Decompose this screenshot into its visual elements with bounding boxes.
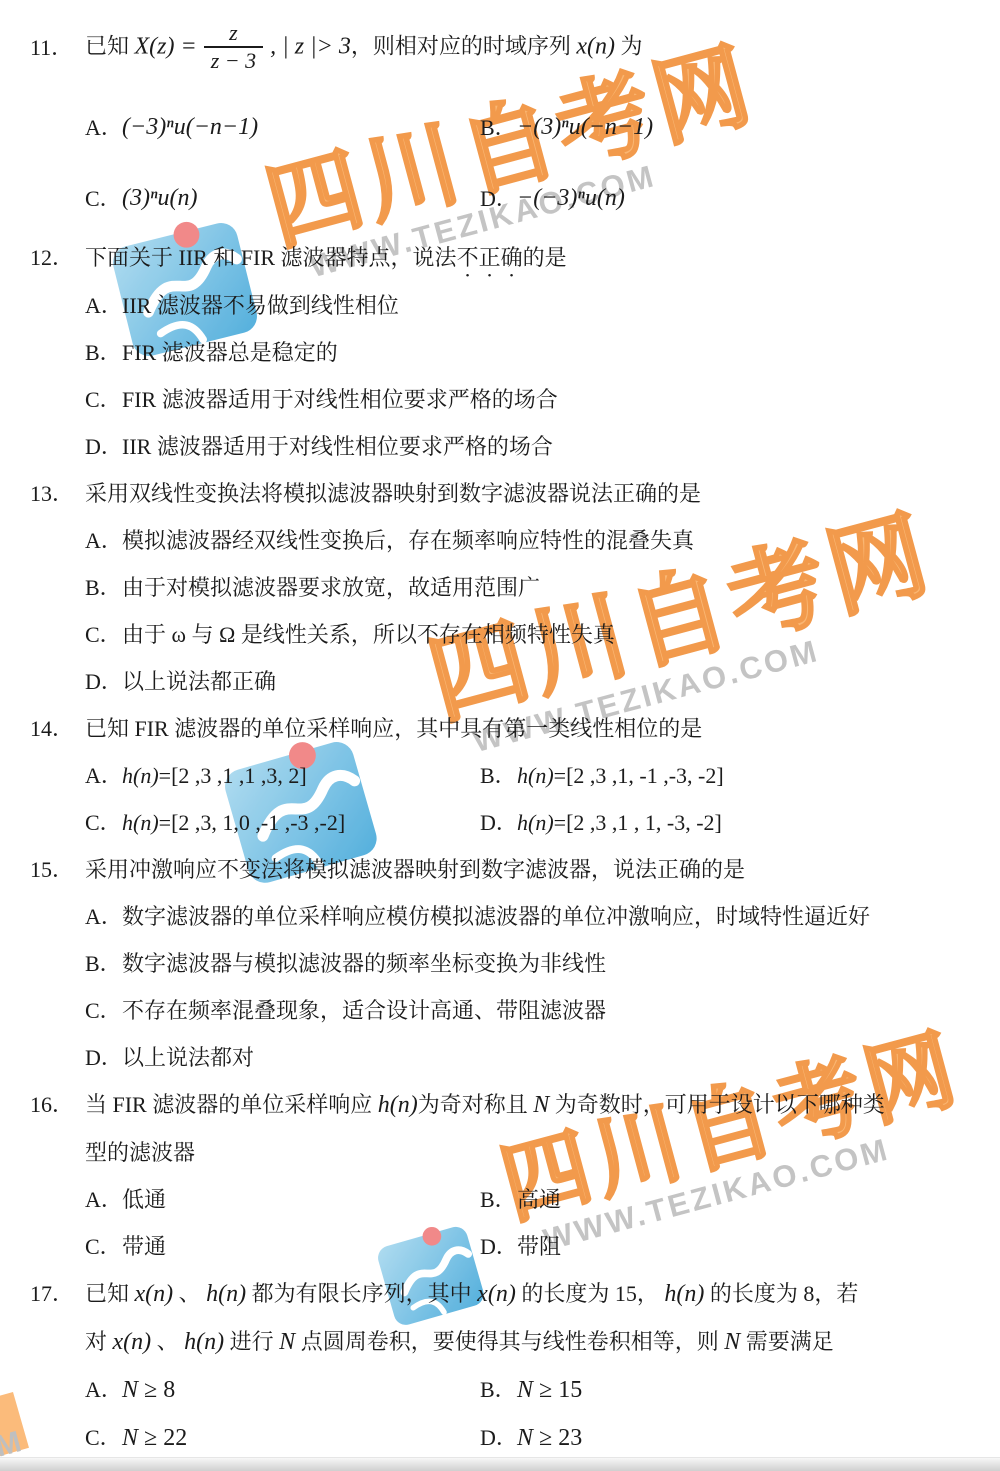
option-label: C． (85, 175, 122, 222)
option-text: 由于 ω 与 Ω 是线性关系，所以不存在相频特性失真 (122, 611, 615, 658)
stem-text: 采用双线性变换法将模拟滤波器映射到数字滤波器说法正确的是 (85, 481, 701, 506)
question-13-options: A．模拟滤波器经双线性变换后，存在频率响应特性的混叠失真 B．由于对模拟滤波器要… (85, 517, 974, 705)
math-expression: X(z) = (135, 33, 197, 59)
option-label: C． (85, 1414, 122, 1461)
question-12-stem: 12． 下面关于 IIR 和 FIR 滤波器特点，说法不正确的是 (30, 234, 974, 282)
option-13-B: B．由于对模拟滤波器要求放宽，故适用范围广 (85, 564, 974, 611)
math-expression: N (724, 1329, 740, 1355)
question-14: 14． 已知 FIR 滤波器的单位采样响应，其中具有第一类线性相位的是 A．h(… (30, 705, 974, 846)
option-text: −(3)ⁿu(−n−1) (517, 104, 653, 151)
option-12-B: B．FIR 滤波器总是稳定的 (85, 329, 974, 376)
option-label: A． (85, 282, 122, 329)
option-11-D: D．−(−3)ⁿu(n) (480, 163, 974, 234)
option-14-A: A．h(n)=[2 ,3 ,1 ,1 ,3, 2] (85, 752, 480, 799)
question-number: 11． (30, 34, 85, 63)
option-text: N ≥ 8 (122, 1366, 175, 1414)
question-15-options: A．数字滤波器的单位采样响应模仿模拟滤波器的单位冲激响应，时域特性逼近好 B．数… (85, 893, 974, 1081)
option-label: C． (85, 987, 122, 1034)
option-text: 低通 (122, 1176, 166, 1223)
stem-text: 下面关于 IIR 和 FIR 滤波器特点，说法 (85, 245, 457, 270)
question-17-stem: 17． 已知 x(n) 、 h(n) 都为有限长序列，其中 x(n) 的长度为 … (30, 1270, 974, 1366)
option-text: 由于对模拟滤波器要求放宽，故适用范围广 (122, 564, 540, 611)
option-text: −(−3)ⁿu(n) (517, 175, 625, 222)
option-16-A: A．低通 (85, 1176, 480, 1223)
math-expression: N (279, 1329, 295, 1355)
option-15-A: A．数字滤波器的单位采样响应模仿模拟滤波器的单位冲激响应，时域特性逼近好 (85, 893, 974, 940)
option-text: N ≥ 23 (517, 1414, 582, 1462)
option-label: A． (85, 893, 122, 940)
option-14-D: D．h(n)=[2 ,3 ,1 , 1, -3, -2] (480, 799, 974, 846)
option-label: A． (85, 752, 122, 799)
option-label: B． (85, 940, 122, 987)
option-label: D． (85, 423, 122, 470)
question-11-options: A．(−3)ⁿu(−n−1) B．−(3)ⁿu(−n−1) C．(3)ⁿu(n)… (85, 92, 974, 234)
option-12-C: C．FIR 滤波器适用于对线性相位要求严格的场合 (85, 376, 974, 423)
question-number: 13． (30, 470, 85, 517)
option-17-C: C．N ≥ 22 (85, 1414, 480, 1462)
option-16-D: D．带阻 (480, 1223, 974, 1270)
option-text: h(n)=[2 ,3 ,1, -1 ,-3, -2] (517, 752, 724, 799)
option-text: 以上说法都对 (122, 1034, 254, 1081)
option-13-A: A．模拟滤波器经双线性变换后，存在频率响应特性的混叠失真 (85, 517, 974, 564)
option-14-B: B．h(n)=[2 ,3 ,1, -1 ,-3, -2] (480, 752, 974, 799)
option-label: D． (480, 1414, 517, 1461)
option-label: A． (85, 104, 122, 151)
stem-line-1: 已知 x(n) 、 h(n) 都为有限长序列，其中 x(n) 的长度为 15， … (85, 1270, 974, 1318)
fraction-numerator: z (204, 20, 263, 46)
question-16: 16． 当 FIR 滤波器的单位采样响应 h(n)为奇对称且 N 为奇数时，可用… (30, 1081, 974, 1270)
exam-page: 11． 已知 X(z) =zz − 3, | z |> 3，则相对应的时域序列 … (0, 0, 1000, 1462)
stem-line-2: 对 x(n) 、 h(n) 进行 N 点圆周卷积，要使得其与线性卷积相等，则 N… (85, 1318, 974, 1366)
option-15-C: C．不存在频率混叠现象，适合设计高通、带阻滤波器 (85, 987, 974, 1034)
option-label: B． (480, 1176, 517, 1223)
question-14-options: A．h(n)=[2 ,3 ,1 ,1 ,3, 2] B．h(n)=[2 ,3 ,… (85, 752, 974, 846)
math-expression: h(n) (664, 1281, 704, 1307)
option-15-D: D．以上说法都对 (85, 1034, 974, 1081)
option-label: D． (85, 658, 122, 705)
stem-text: 的是 (523, 245, 567, 270)
option-text: (3)ⁿu(n) (122, 175, 198, 222)
option-text: IIR 滤波器不易做到线性相位 (122, 282, 399, 329)
question-12-options: A．IIR 滤波器不易做到线性相位 B．FIR 滤波器总是稳定的 C．FIR 滤… (85, 282, 974, 470)
option-text: h(n)=[2 ,3 ,1 , 1, -3, -2] (517, 799, 722, 846)
option-text: 数字滤波器与模拟滤波器的频率坐标变换为非线性 (122, 940, 606, 987)
question-number: 16． (30, 1081, 85, 1176)
question-number: 14． (30, 705, 85, 752)
option-label: C． (85, 611, 122, 658)
question-11: 11． 已知 X(z) =zz − 3, | z |> 3，则相对应的时域序列 … (30, 4, 974, 234)
option-label: B． (480, 1366, 517, 1413)
option-11-A: A．(−3)ⁿu(−n−1) (85, 92, 480, 163)
option-17-D: D．N ≥ 23 (480, 1414, 974, 1462)
option-label: C． (85, 1223, 122, 1270)
stem-text: 已知 (85, 33, 135, 58)
stem-line-1: 当 FIR 滤波器的单位采样响应 h(n)为奇对称且 N 为奇数时，可用于设计以… (85, 1081, 974, 1129)
option-label: D． (480, 1223, 517, 1270)
option-text: 带阻 (517, 1223, 561, 1270)
math-expression: x(n) (113, 1329, 152, 1355)
math-expression: h(n) (206, 1281, 246, 1307)
fraction: zz − 3 (204, 20, 263, 75)
option-label: A． (85, 1366, 122, 1413)
page-bottom-edge (0, 1457, 1000, 1471)
option-label: B． (85, 329, 122, 376)
option-text: 不存在频率混叠现象，适合设计高通、带阻滤波器 (122, 987, 606, 1034)
question-number: 17． (30, 1270, 85, 1366)
question-16-options: A．低通 B．高通 C．带通 D．带阻 (85, 1176, 974, 1270)
option-text: h(n)=[2 ,3 ,1 ,1 ,3, 2] (122, 752, 307, 799)
option-16-C: C．带通 (85, 1223, 480, 1270)
option-text: N ≥ 22 (122, 1414, 187, 1462)
stem-line-2: 型的滤波器 (85, 1129, 974, 1176)
option-text: IIR 滤波器适用于对线性相位要求严格的场合 (122, 423, 553, 470)
option-label: D． (480, 175, 517, 222)
question-13: 13． 采用双线性变换法将模拟滤波器映射到数字滤波器说法正确的是 A．模拟滤波器… (30, 470, 974, 705)
question-17-options: A．N ≥ 8 B．N ≥ 15 C．N ≥ 22 D．N ≥ 23 (85, 1366, 974, 1462)
math-expression: N (533, 1092, 549, 1118)
option-text: N ≥ 15 (517, 1366, 582, 1414)
option-16-B: B．高通 (480, 1176, 974, 1223)
question-number: 15． (30, 846, 85, 893)
option-label: D． (480, 799, 517, 846)
fraction-denominator: z − 3 (204, 46, 263, 74)
question-15: 15． 采用冲激响应不变法将模拟滤波器映射到数字滤波器，说法正确的是 A．数字滤… (30, 846, 974, 1081)
math-expression: h(n) (378, 1092, 418, 1118)
question-14-stem: 14． 已知 FIR 滤波器的单位采样响应，其中具有第一类线性相位的是 (30, 705, 974, 752)
option-label: A． (85, 1176, 122, 1223)
option-label: A． (85, 517, 122, 564)
option-text: 以上说法都正确 (122, 658, 276, 705)
option-17-A: A．N ≥ 8 (85, 1366, 480, 1414)
option-label: B． (480, 752, 517, 799)
option-label: D． (85, 1034, 122, 1081)
emphasized-text: 不正确 (457, 245, 523, 270)
stem-text: 已知 FIR 滤波器的单位采样响应，其中具有第一类线性相位的是 (85, 716, 702, 741)
question-16-stem: 16． 当 FIR 滤波器的单位采样响应 h(n)为奇对称且 N 为奇数时，可用… (30, 1081, 974, 1176)
option-text: 高通 (517, 1176, 561, 1223)
option-text: 带通 (122, 1223, 166, 1270)
option-text: h(n)=[2 ,3, 1,0 ,-1 ,-3 ,-2] (122, 799, 345, 846)
option-text: (−3)ⁿu(−n−1) (122, 104, 258, 151)
option-text: FIR 滤波器总是稳定的 (122, 329, 338, 376)
stem-text: 为 (615, 33, 643, 58)
option-13-D: D．以上说法都正确 (85, 658, 974, 705)
question-number: 12． (30, 234, 85, 282)
option-text: FIR 滤波器适用于对线性相位要求严格的场合 (122, 376, 558, 423)
math-expression: x(n) (576, 33, 615, 59)
option-text: 数字滤波器的单位采样响应模仿模拟滤波器的单位冲激响应，时域特性逼近好 (122, 893, 870, 940)
math-expression: x(n) (477, 1281, 516, 1307)
stem-text: ，则相对应的时域序列 (351, 33, 577, 58)
option-label: B． (85, 564, 122, 611)
option-14-C: C．h(n)=[2 ,3, 1,0 ,-1 ,-3 ,-2] (85, 799, 480, 846)
option-11-C: C．(3)ⁿu(n) (85, 163, 480, 234)
question-12: 12． 下面关于 IIR 和 FIR 滤波器特点，说法不正确的是 A．IIR 滤… (30, 234, 974, 470)
stem-text: 采用冲激响应不变法将模拟滤波器映射到数字滤波器，说法正确的是 (85, 857, 745, 882)
option-label: C． (85, 376, 122, 423)
option-12-D: D．IIR 滤波器适用于对线性相位要求严格的场合 (85, 423, 974, 470)
question-17: 17． 已知 x(n) 、 h(n) 都为有限长序列，其中 x(n) 的长度为 … (30, 1270, 974, 1462)
question-11-stem: 11． 已知 X(z) =zz − 3, | z |> 3，则相对应的时域序列 … (30, 4, 974, 92)
option-text: 模拟滤波器经双线性变换后，存在频率响应特性的混叠失真 (122, 517, 694, 564)
option-12-A: A．IIR 滤波器不易做到线性相位 (85, 282, 974, 329)
option-15-B: B．数字滤波器与模拟滤波器的频率坐标变换为非线性 (85, 940, 974, 987)
math-expression: h(n) (184, 1329, 224, 1355)
option-13-C: C．由于 ω 与 Ω 是线性关系，所以不存在相频特性失真 (85, 611, 974, 658)
option-11-B: B．−(3)ⁿu(−n−1) (480, 92, 974, 163)
math-expression: x(n) (135, 1281, 174, 1307)
question-15-stem: 15． 采用冲激响应不变法将模拟滤波器映射到数字滤波器，说法正确的是 (30, 846, 974, 893)
math-expression: , | z |> 3 (270, 33, 351, 59)
option-17-B: B．N ≥ 15 (480, 1366, 974, 1414)
option-label: B． (480, 104, 517, 151)
option-label: C． (85, 799, 122, 846)
question-13-stem: 13． 采用双线性变换法将模拟滤波器映射到数字滤波器说法正确的是 (30, 470, 974, 517)
